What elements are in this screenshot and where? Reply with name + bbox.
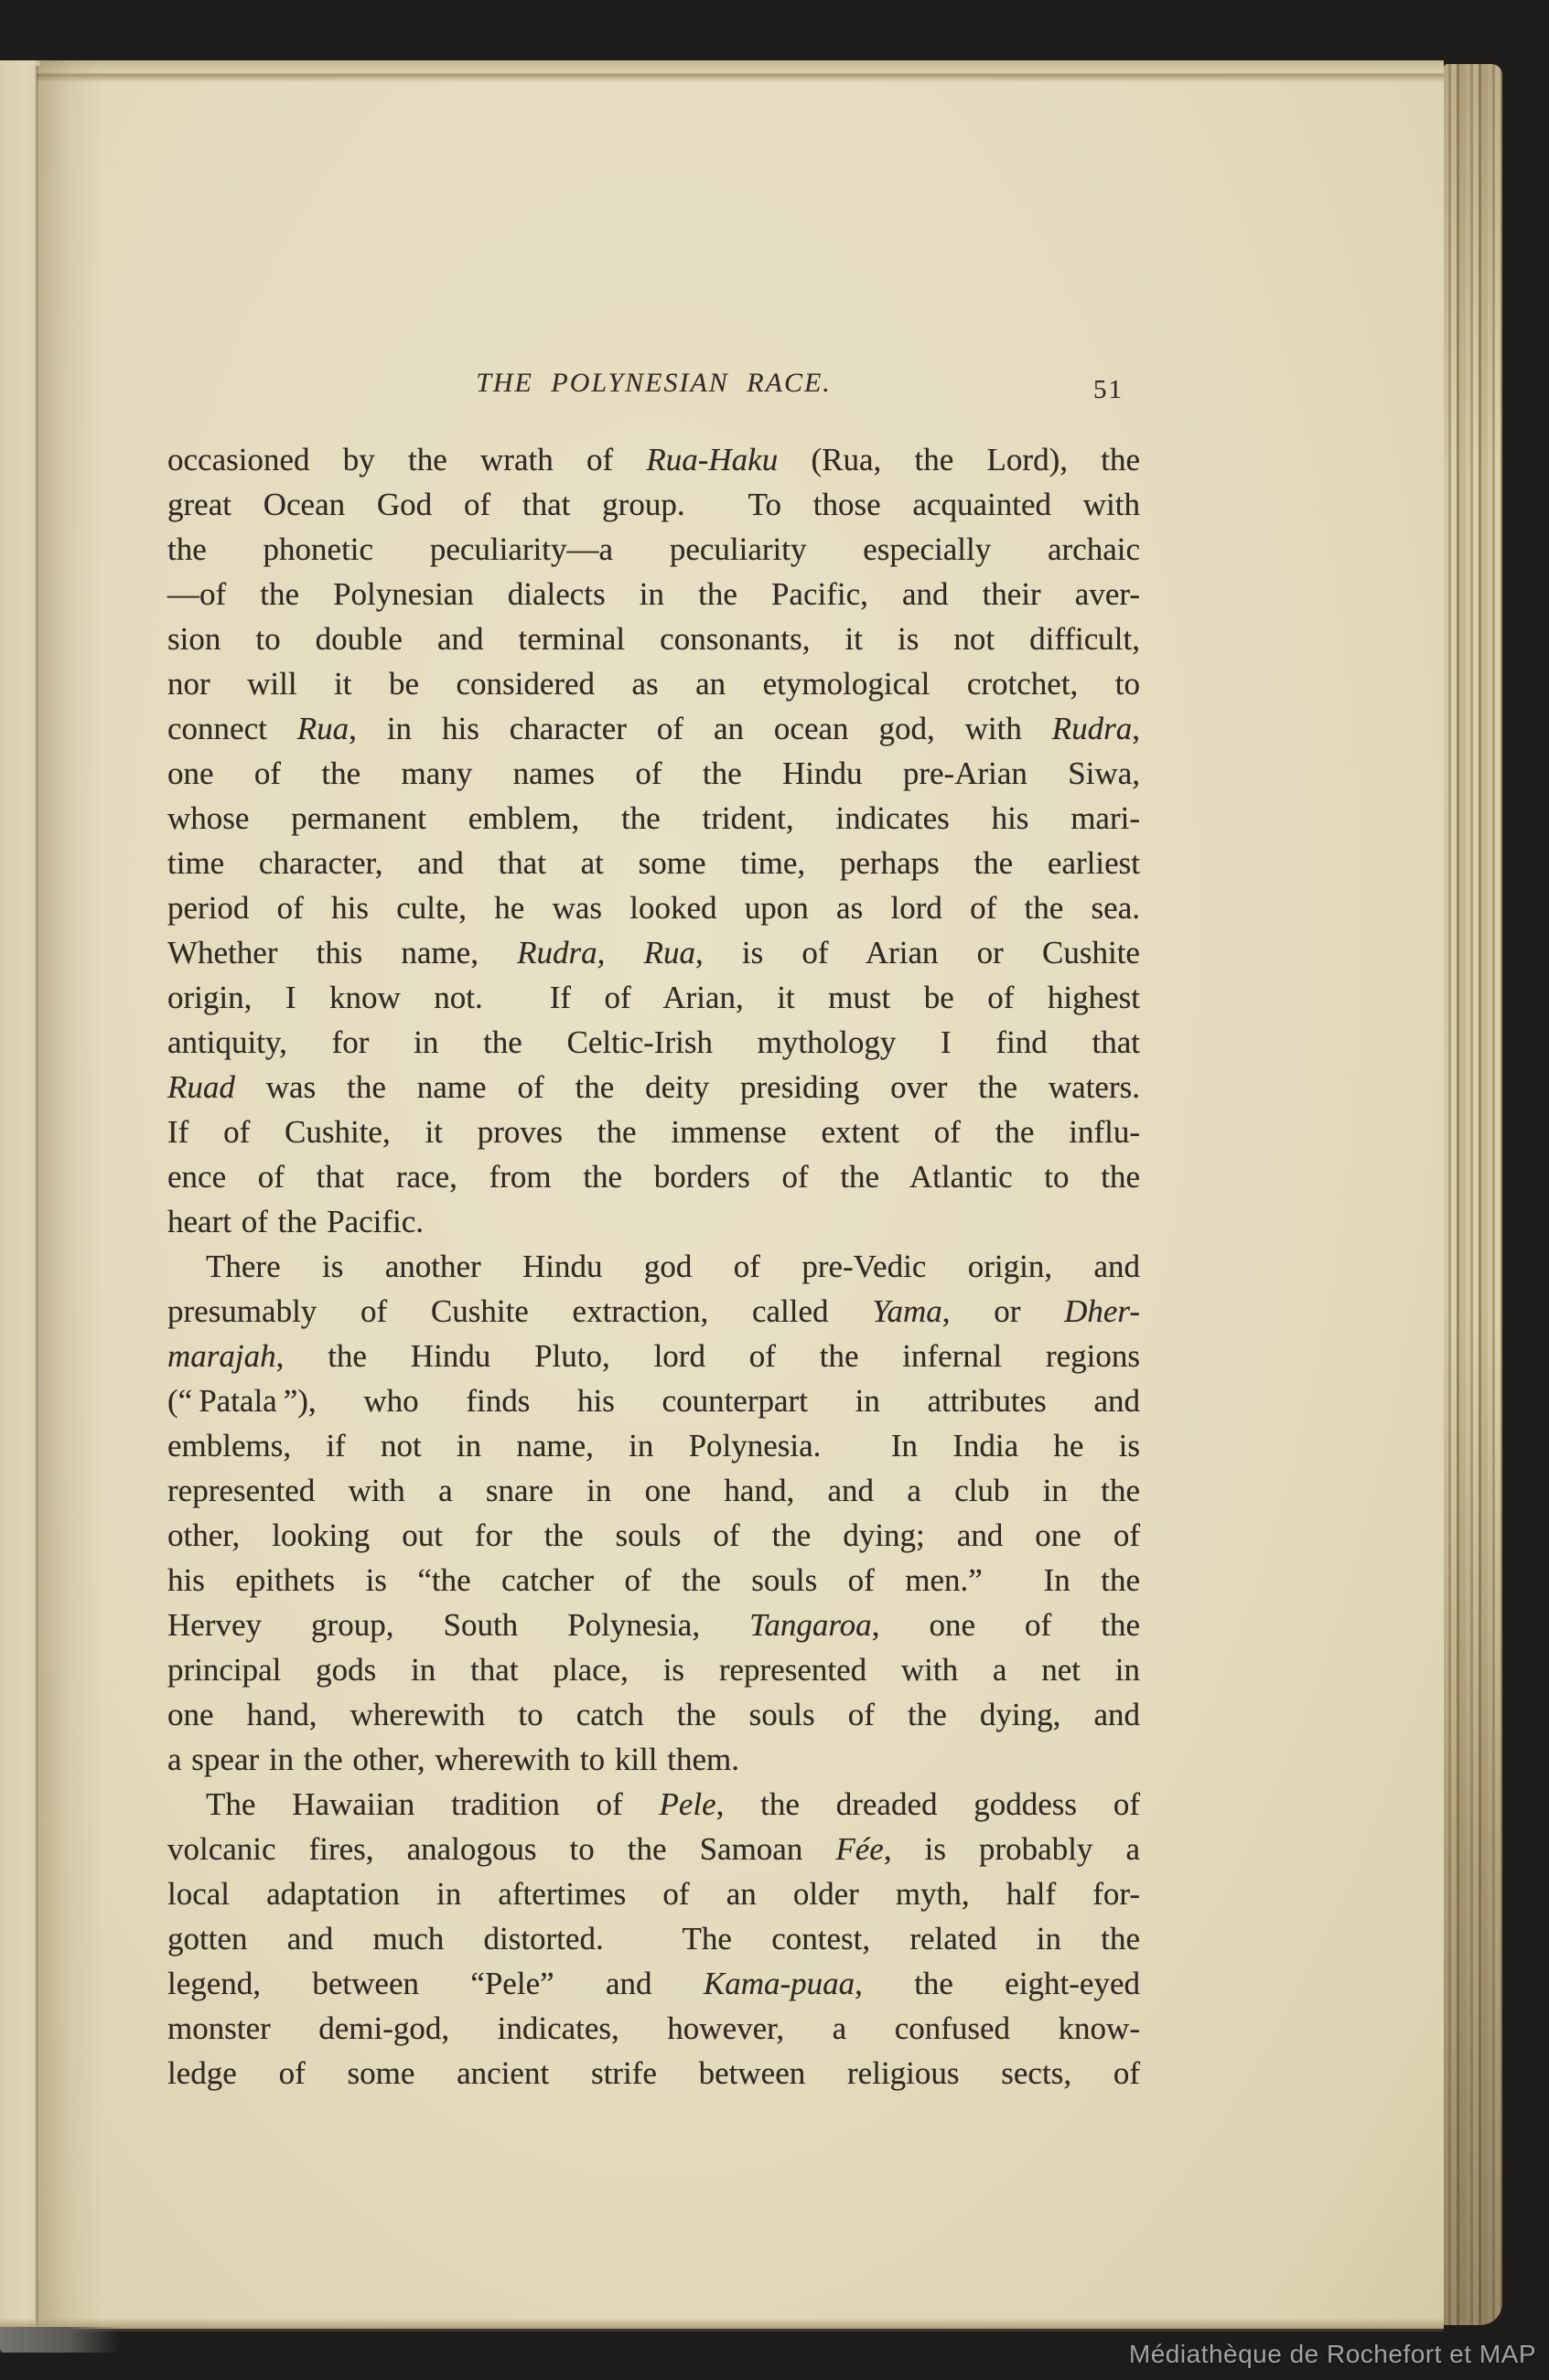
text-line: other, looking out for the souls of the …: [167, 1513, 1140, 1558]
text-line: occasioned by the wrath of Rua-Haku (Rua…: [167, 437, 1140, 482]
text-line: nor will it be considered as an etymolog…: [167, 661, 1140, 706]
page-bottom-edge: [0, 2318, 1444, 2329]
left-page-strip: [0, 60, 37, 2329]
gutter-shadow: [40, 60, 104, 2329]
text-line: legend, between “Pele” and Kama-puaa, th…: [167, 1961, 1140, 2006]
text-line: ledge of some ancient strife between rel…: [167, 2051, 1140, 2096]
cover-corner: [0, 2327, 121, 2353]
text-line: Whether this name, Rudra, Rua, is of Ari…: [167, 930, 1140, 975]
text-line: great Ocean God of that group. To those …: [167, 482, 1140, 527]
watermark: Médiathèque de Rochefort et MAP: [1129, 2340, 1536, 2369]
running-title: THE POLYNESIAN RACE.: [167, 368, 1140, 399]
text-line: —of the Polynesian dialects in the Pacif…: [167, 572, 1140, 616]
text-line: marajah, the Hindu Pluto, lord of the in…: [167, 1334, 1140, 1378]
page-number: 51: [1093, 375, 1124, 405]
paragraph: There is another Hindu god of pre-Vedic …: [167, 1244, 1140, 1782]
page-content: THE POLYNESIAN RACE. 51 occasioned by th…: [167, 368, 1140, 2096]
photo-background: THE POLYNESIAN RACE. 51 occasioned by th…: [0, 0, 1549, 2380]
text-line: The Hawaiian tradition of Pele, the drea…: [167, 1782, 1140, 1827]
book-page: THE POLYNESIAN RACE. 51 occasioned by th…: [0, 60, 1444, 2329]
text-line: period of his culte, he was looked upon …: [167, 885, 1140, 930]
text-line: presumably of Cushite extraction, called…: [167, 1289, 1140, 1334]
text-line: heart of the Pacific.: [167, 1199, 1140, 1244]
text-line: (“ Patala ”), who finds his counterpart …: [167, 1378, 1140, 1423]
paragraph: The Hawaiian tradition of Pele, the drea…: [167, 1782, 1140, 2096]
text-line: Ruad was the name of the deity presiding…: [167, 1065, 1140, 1110]
text-line: monster demi-god, indicates, however, a …: [167, 2006, 1140, 2051]
text-line: connect Rua, in his character of an ocea…: [167, 706, 1140, 751]
text-line: principal gods in that place, is represe…: [167, 1647, 1140, 1692]
text-line: volcanic fires, analogous to the Samoan …: [167, 1827, 1140, 1871]
text-line: local adaptation in aftertimes of an old…: [167, 1871, 1140, 1916]
text-line: sion to double and terminal consonants, …: [167, 616, 1140, 661]
text-line: one of the many names of the Hindu pre-A…: [167, 751, 1140, 796]
text-line: antiquity, for in the Celtic-Irish mytho…: [167, 1020, 1140, 1065]
fore-edge-page-stack: [1444, 64, 1502, 2325]
text-line: the phonetic peculiarity—a peculiarity e…: [167, 527, 1140, 572]
text-line: represented with a snare in one hand, an…: [167, 1468, 1140, 1513]
text-line: whose permanent emblem, the trident, ind…: [167, 796, 1140, 841]
page-body: occasioned by the wrath of Rua-Haku (Rua…: [167, 437, 1140, 2096]
page-top-edge: [0, 60, 1444, 82]
text-line: a spear in the other, wherewith to kill …: [167, 1737, 1140, 1782]
page-header: THE POLYNESIAN RACE. 51: [167, 368, 1140, 406]
text-line: time character, and that at some time, p…: [167, 841, 1140, 885]
text-line: origin, I know not. If of Arian, it must…: [167, 975, 1140, 1020]
text-line: emblems, if not in name, in Polynesia. I…: [167, 1423, 1140, 1468]
text-line: gotten and much distorted. The contest, …: [167, 1916, 1140, 1961]
text-line: one hand, wherewith to catch the souls o…: [167, 1692, 1140, 1737]
text-line: Hervey group, South Polynesia, Tangaroa,…: [167, 1603, 1140, 1647]
text-line: There is another Hindu god of pre-Vedic …: [167, 1244, 1140, 1289]
text-line: If of Cushite, it proves the immense ext…: [167, 1110, 1140, 1154]
text-line: ence of that race, from the borders of t…: [167, 1154, 1140, 1199]
paragraph: occasioned by the wrath of Rua-Haku (Rua…: [167, 437, 1140, 1244]
text-line: his epithets is “the catcher of the soul…: [167, 1558, 1140, 1603]
